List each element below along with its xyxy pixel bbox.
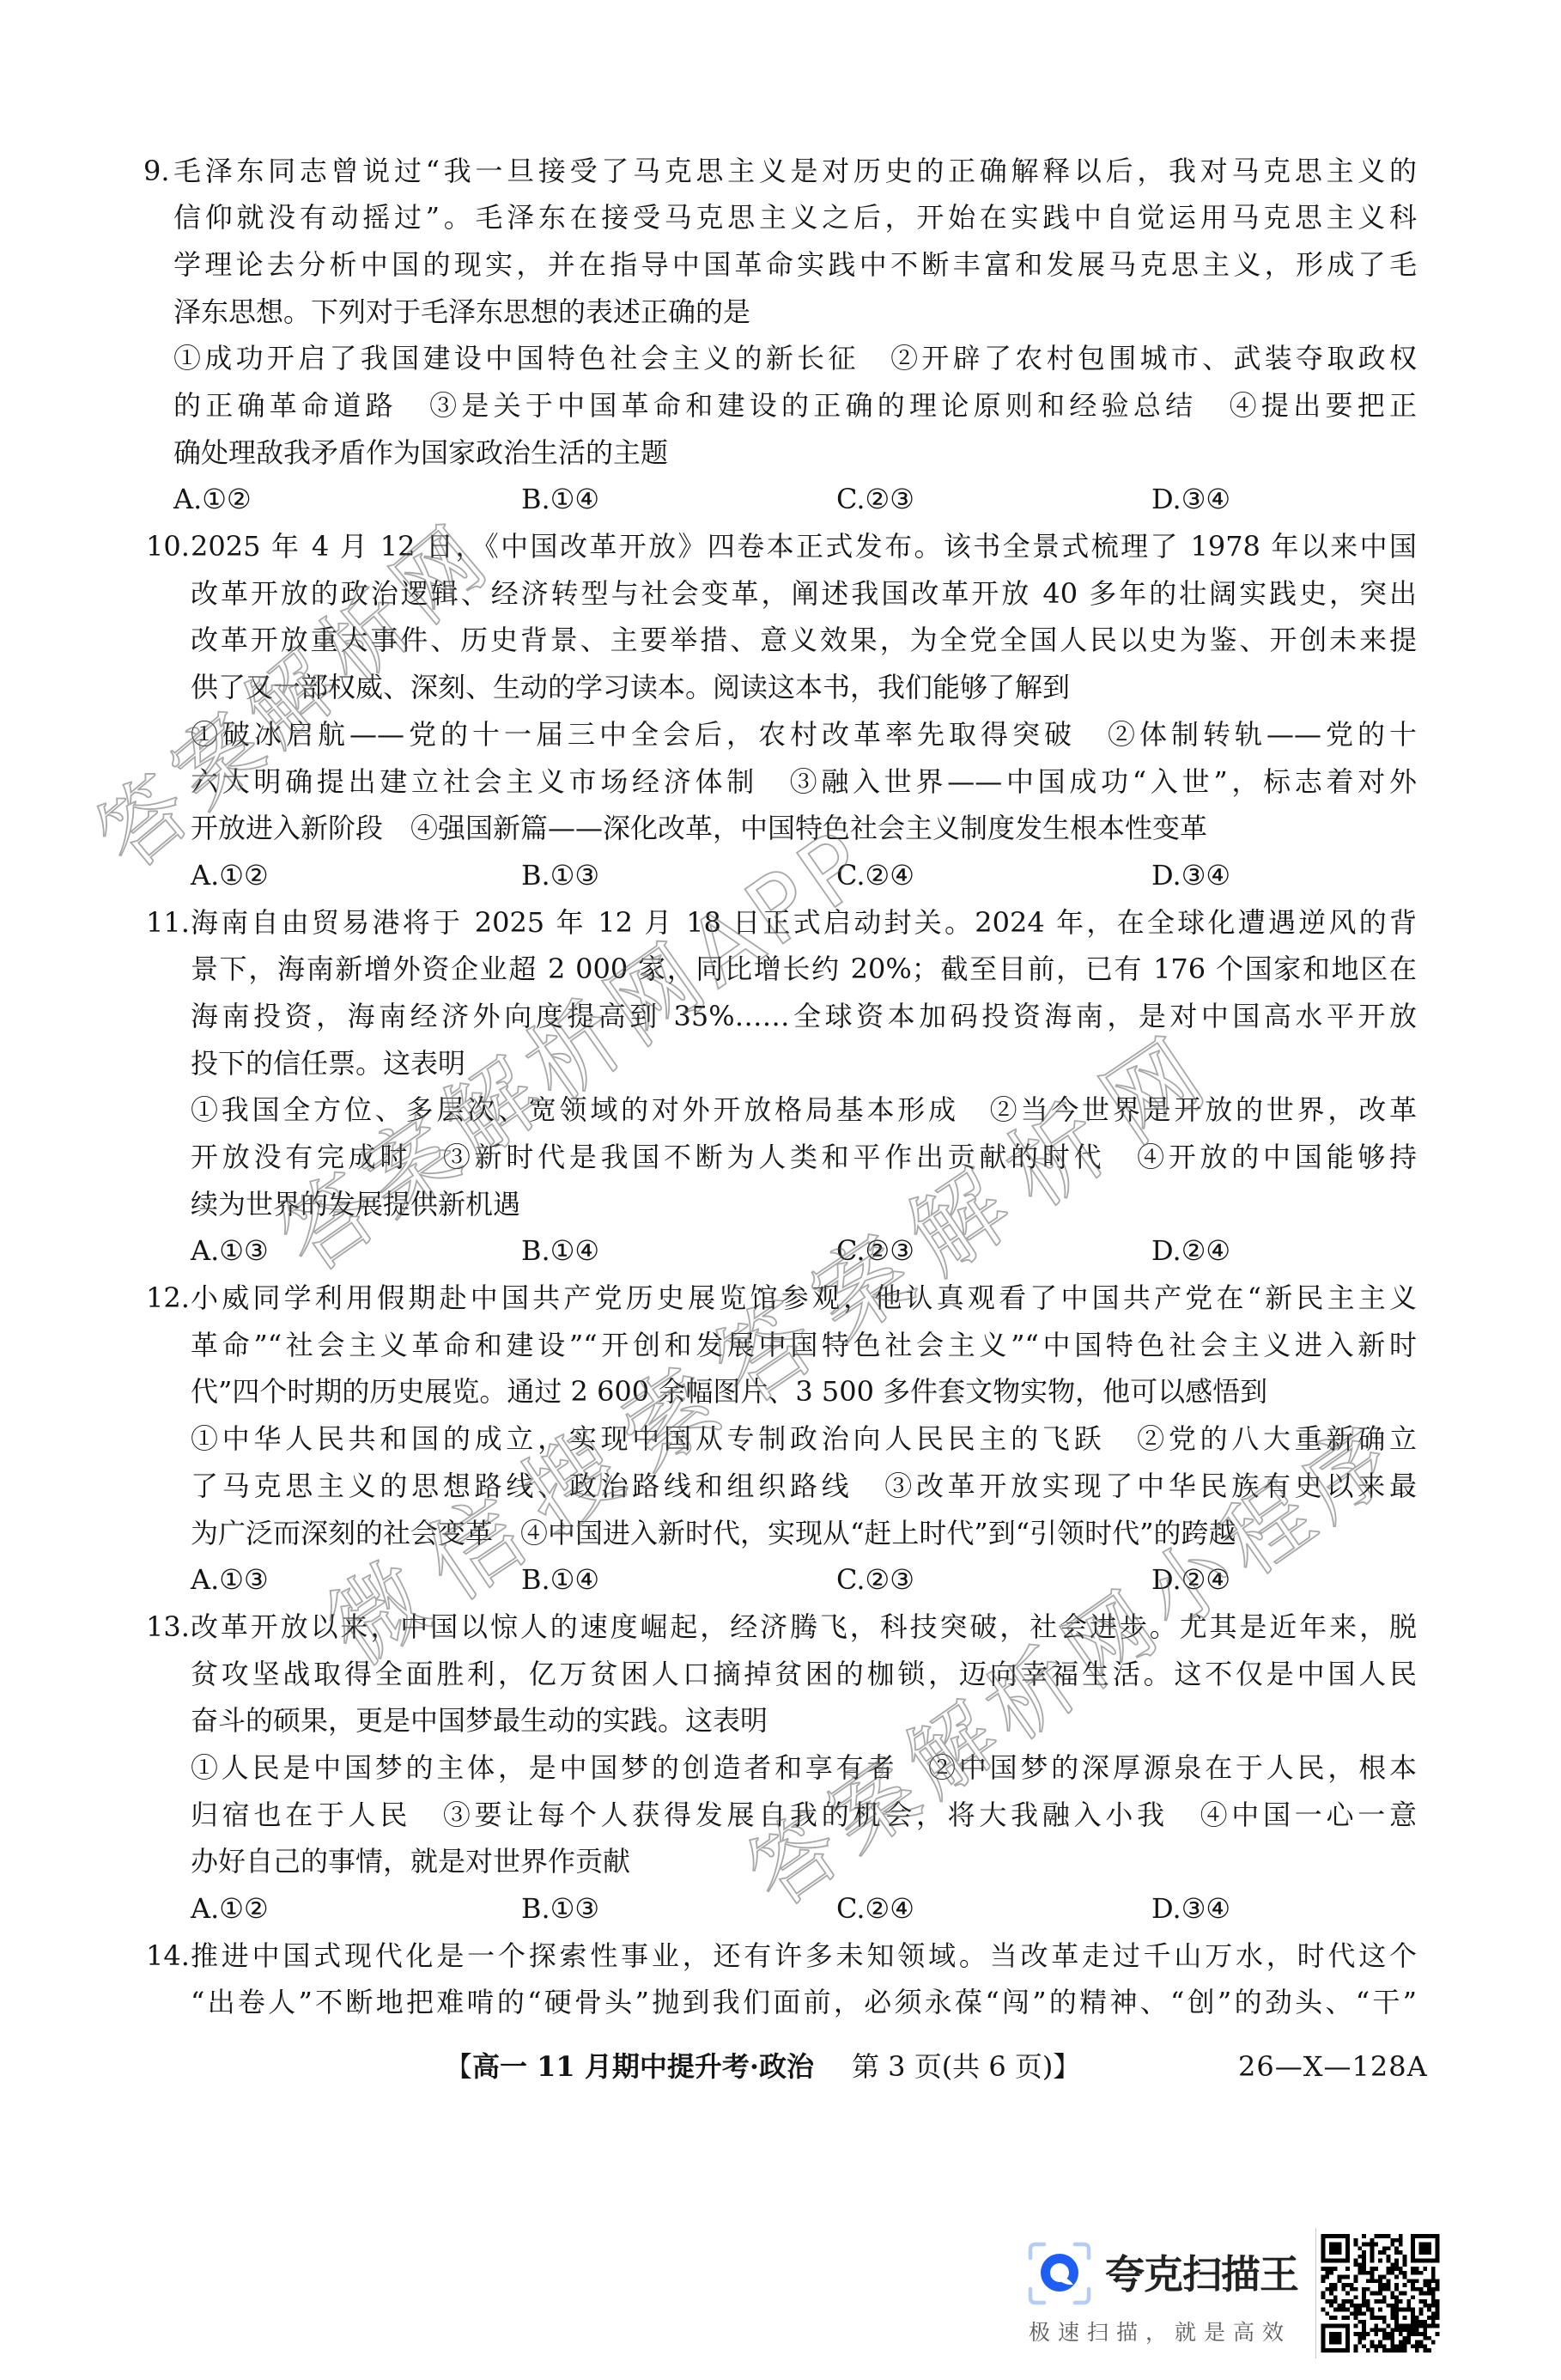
choice-d: D.②④ [1151,1227,1230,1275]
question-stem-line: 信仰就没有动摇过”。毛泽东在接受马克思主义之后，开始在实践中自觉运用马克思主义科 [143,194,1417,241]
option-statements-line: ①我国全方位、多层次、宽领域的对外开放格局基本形成 ②当今世界是开放的世界，改革 [143,1087,1417,1134]
page-info: 第 3 页(共 6 页) [852,2050,1053,2083]
qr-code-icon [1321,2234,1440,2353]
question-stem-line: 改革开放的政治逻辑、经济转型与社会变革，阐述我国改革开放 40 多年的壮阔实践史… [143,570,1417,618]
exam-title: 高一 11 月期中提升考·政治 [472,2050,814,2083]
stem-text: 推进中国式现代化是一个探索性事业，还有许多未知领域。当改革走过千山万水，时代这个 [191,1939,1417,1972]
option-statements-line: 开放没有完成时 ③新时代是我国不断为人类和平作出贡献的时代 ④开放的中国能够持 [143,1134,1417,1181]
question-list: 9.毛泽东同志曾说过“我一旦接受了马克思主义是对历史的正确解释以后，我对马克思主… [143,148,1417,2027]
choice-d: D.③④ [1151,1885,1230,1933]
question-10: 10.2025 年 4 月 12 日，《中国改革开放》四卷本正式发布。该书全景式… [143,523,1417,899]
question-number: 11. [146,899,190,947]
footer-bracket-close: 】 [1053,2050,1080,2083]
choice-c: C.②④ [836,852,914,899]
question-number: 9. [143,148,170,195]
question-stem-line: 供了又一部权威、深刻、生动的学习读本。阅读这本书，我们能够了解到 [143,664,1417,711]
document-code: 26—X—128A [1238,2047,1428,2086]
stem-text: 2025 年 4 月 12 日，《中国改革开放》四卷本正式发布。该书全景式梳理了… [191,530,1417,563]
stem-text: 小威同学利用假期赴中国共产党历史展览馆参观，他认真观看了中国共产党在“新民主主义 [191,1281,1417,1314]
exam-page: 9.毛泽东同志曾说过“我一旦接受了马克思主义是对历史的正确解释以后，我对马克思主… [0,0,1561,2380]
option-statements-line: 为广泛而深刻的社会变革 ④中国进入新时代，实现从“赶上时代”到“引领时代”的跨越 [143,1510,1417,1557]
stem-text: 改革开放以来，中国以惊人的速度崛起，经济腾飞，科技突破，社会进步。尤其是近年来，… [191,1610,1417,1643]
page-footer: 【高一 11 月期中提升考·政治第 3 页(共 6 页)】 [445,2047,1080,2086]
question-stem-line: 代”四个时期的历史展览。通过 2 600 余幅图片、3 500 多件套文物实物，… [143,1368,1417,1415]
question-stem-line: 贫攻坚战取得全面胜利，亿万贫困人口摘掉贫困的枷锁，迈向幸福生活。这不仅是中国人民 [143,1651,1417,1698]
question-stem-line: 奋斗的硕果，更是中国梦最生动的实践。这表明 [143,1697,1417,1744]
choice-c: C.②④ [836,1885,914,1933]
question-stem-line: 11.海南自由贸易港将于 2025 年 12 月 18 日正式启动封关。2024… [143,899,1417,947]
stem-text: 海南自由贸易港将于 2025 年 12 月 18 日正式启动封关。2024 年，… [191,906,1417,939]
question-stem-line: 10.2025 年 4 月 12 日，《中国改革开放》四卷本正式发布。该书全景式… [143,523,1417,570]
choice-b: B.①④ [521,1227,599,1275]
question-stem-line: 学理论去分析中国的现实，并在指导中国革命实践中不断丰富和发展马克思主义，形成了毛 [143,241,1417,289]
question-stem-line: 景下，海南新增外资企业超 2 000 家，同比增长约 20%；截至目前，已有 1… [143,946,1417,993]
choice-a: A.①③ [191,1556,269,1604]
choice-a: A.①② [191,852,269,899]
question-stem-line: “出卷人”不断地把难啃的“硬骨头”抛到我们面前，必须永葆“闯”的精神、“创”的劲… [143,1979,1417,2026]
answer-choices: A.①③ B.①④ C.②③ D.②④ [143,1227,1417,1275]
scanner-slogan: 极速扫描，就是高效 [1029,2319,1291,2347]
question-number: 14. [146,1933,190,1980]
option-statements-line: 归宿也在于人民 ③要让每个人获得发展自我的机会，将大我融入小我 ④中国一心一意 [143,1792,1417,1839]
question-number: 13. [146,1604,190,1651]
question-number: 10. [146,523,190,570]
choice-c: C.②③ [836,1227,914,1275]
option-statements-line: 了马克思主义的思想路线、政治路线和组织路线 ③改革开放实现了中华民族有史以来最 [143,1463,1417,1510]
question-11: 11.海南自由贸易港将于 2025 年 12 月 18 日正式启动封关。2024… [143,899,1417,1275]
question-stem-line: 14.推进中国式现代化是一个探索性事业，还有许多未知领域。当改革走过千山万水，时… [143,1933,1417,1980]
option-statements-line: 办好自己的事情，就是对世界作贡献 [143,1838,1417,1885]
question-14: 14.推进中国式现代化是一个探索性事业，还有许多未知领域。当改革走过千山万水，时… [143,1933,1417,2026]
choice-b: B.①④ [521,476,599,523]
answer-choices: A.①② B.①③ C.②④ D.③④ [143,1885,1417,1933]
question-number: 12. [146,1275,190,1322]
choice-b: B.①④ [521,1556,599,1604]
question-stem-line: 投下的信任票。这表明 [143,1040,1417,1087]
question-9: 9.毛泽东同志曾说过“我一旦接受了马克思主义是对历史的正确解释以后，我对马克思主… [143,148,1417,524]
question-stem-line: 12.小威同学利用假期赴中国共产党历史展览馆参观，他认真观看了中国共产党在“新民… [143,1275,1417,1322]
stem-text: 毛泽东同志曾说过“我一旦接受了马克思主义是对历史的正确解释以后，我对马克思主义的 [173,155,1417,187]
option-statements-line: 续为世界的发展提供新机遇 [143,1181,1417,1228]
badge-divider [1315,2228,1316,2359]
question-12: 12.小威同学利用假期赴中国共产党历史展览馆参观，他认真观看了中国共产党在“新民… [143,1275,1417,1604]
choice-b: B.①③ [521,852,599,899]
option-statements-line: ①破冰启航——党的十一届三中全会后，农村改革率先取得突破 ②体制转轨——党的十 [143,711,1417,758]
option-statements-line: ①成功开启了我国建设中国特色社会主义的新长征 ②开辟了农村包围城市、武装夺取政权 [143,335,1417,382]
answer-choices: A.①② B.①③ C.②④ D.③④ [143,852,1417,899]
answer-choices: A.①② B.①④ C.②③ D.③④ [143,476,1417,523]
option-statements-line: 的正确革命道路 ③是关于中国革命和建设的正确的理论原则和经验总结 ④提出要把正 [143,382,1417,429]
quark-scanner-badge: 夸克扫描王 极速扫描，就是高效 [1013,2216,1561,2380]
question-stem-line: 革命”“社会主义革命和建设”“开创和发展中国特色社会主义”“中国特色社会主义进入… [143,1322,1417,1369]
footer-bracket-open: 【 [445,2050,472,2083]
option-statements-line: 六大明确提出建立社会主义市场经济体制 ③融入世界——中国成功“入世”，标志着对外 [143,758,1417,806]
question-13: 13.改革开放以来，中国以惊人的速度崛起，经济腾飞，科技突破，社会进步。尤其是近… [143,1604,1417,1933]
choice-c: C.②③ [836,476,914,523]
answer-choices: A.①③ B.①④ C.②③ D.②④ [143,1556,1417,1604]
option-statements-line: ①中华人民共和国的成立，实现中国从专制政治向人民民主的飞跃 ②党的八大重新确立 [143,1415,1417,1463]
choice-a: A.①② [173,476,252,523]
question-stem-line: 13.改革开放以来，中国以惊人的速度崛起，经济腾飞，科技突破，社会进步。尤其是近… [143,1604,1417,1651]
question-stem-line: 改革开放重大事件、历史背景、主要举措、意义效果，为全党全国人民以史为鉴、开创未来… [143,617,1417,664]
choice-d: D.③④ [1151,852,1230,899]
choice-d: D.③④ [1151,476,1230,523]
choice-a: A.①② [191,1885,269,1933]
choice-d: D.②④ [1151,1556,1230,1604]
choice-c: C.②③ [836,1556,914,1604]
question-stem-line: 海南投资，海南经济外向度提高到 35%……全球资本加码投资海南，是对中国高水平开… [143,993,1417,1040]
quark-logo-icon [1028,2242,1091,2305]
scanner-brand-name: 夸克扫描王 [1105,2252,1298,2297]
choice-a: A.①③ [191,1227,269,1275]
question-stem-line: 9.毛泽东同志曾说过“我一旦接受了马克思主义是对历史的正确解释以后，我对马克思主… [143,148,1417,195]
option-statements-line: 确处理敌我矛盾作为国家政治生活的主题 [143,429,1417,477]
question-stem-line: 泽东思想。下列对于毛泽东思想的表述正确的是 [143,289,1417,336]
choice-b: B.①③ [521,1885,599,1933]
option-statements-line: 开放进入新阶段 ④强国新篇——深化改革，中国特色社会主义制度发生根本性变革 [143,805,1417,852]
option-statements-line: ①人民是中国梦的主体，是中国梦的创造者和享有者 ②中国梦的深厚源泉在于人民，根本 [143,1744,1417,1792]
